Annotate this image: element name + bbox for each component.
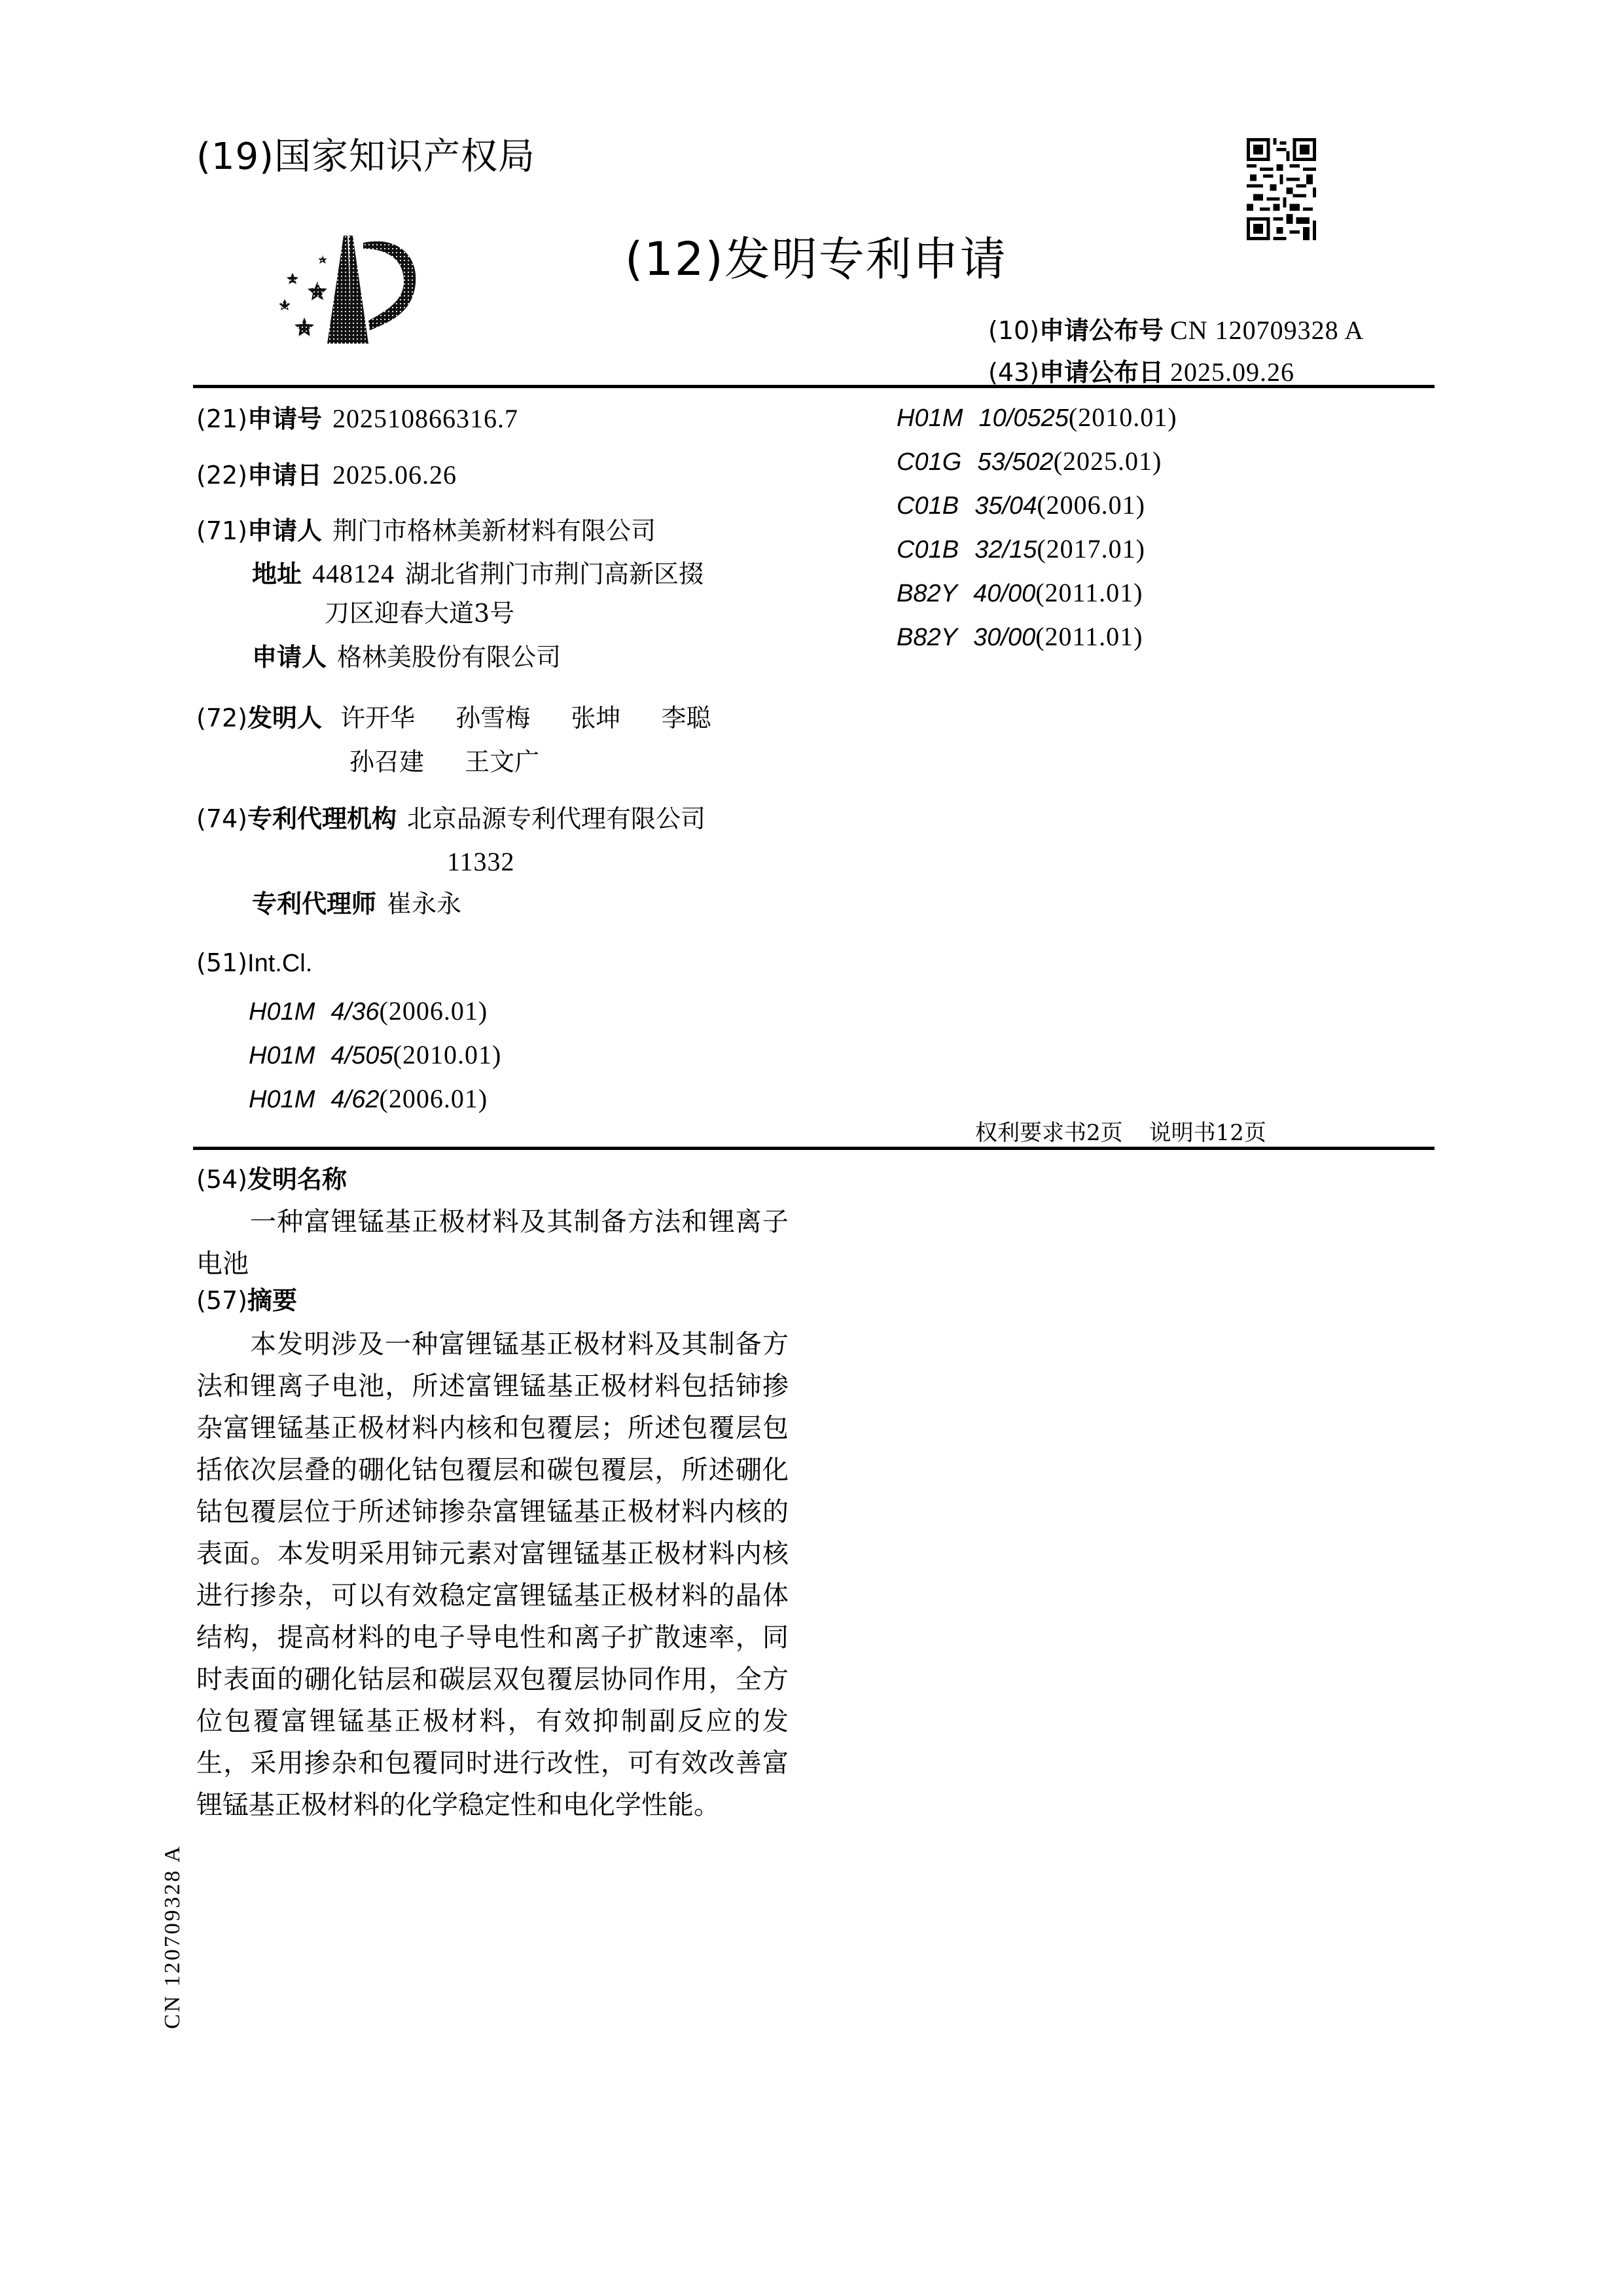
field-label: 地址 — [252, 560, 302, 588]
publication-number-row: (10)申请公布号CN 120709328 A — [988, 310, 1364, 346]
field-address: 地址448124湖北省荆门市荆门高新区掇 — [252, 561, 704, 587]
ipc-code: C01G — [897, 448, 961, 476]
field-label: 申请日 — [247, 461, 322, 490]
ipc-version: (2011.01) — [1035, 578, 1143, 607]
field-int-cl: (51)Int.Cl. — [196, 950, 312, 976]
field-label: 专利代理师 — [252, 889, 376, 918]
publication-number-code: (10) — [988, 316, 1039, 345]
inventor-name: 孙雪梅 — [455, 704, 530, 732]
inventor-name: 张坤 — [571, 704, 620, 732]
ipc-version: (2017.01) — [1037, 534, 1145, 564]
inventor-name: 孙召建 — [349, 747, 424, 776]
field-label: Int.Cl. — [247, 950, 312, 977]
address-line-1: 湖北省荆门市荆门高新区掇 — [405, 560, 704, 588]
field-application-number: (21)申请号202510866316.7 — [196, 406, 518, 432]
field-inventors: (72)发明人 许开华 孙雪梅 张坤 李聪 — [196, 706, 711, 730]
doc-type-code: (12) — [625, 232, 724, 286]
ipc-code: H01M — [897, 404, 963, 432]
publication-date-row: (43)申请公布日2025.09.26 — [988, 352, 1294, 388]
cnipa-logo-icon — [265, 219, 429, 344]
field-applicant-1: (71)申请人荆门市格林美新材料有限公司 — [196, 518, 656, 543]
ipc-code: H01M — [249, 1042, 315, 1069]
field-code: (22) — [196, 461, 247, 490]
field-value: 2025.06.26 — [332, 460, 457, 490]
inventor-name: 李聪 — [661, 704, 711, 732]
invention-title: 一种富锂锰基正极材料及其制备方法和锂离子电池 — [196, 1201, 789, 1285]
ipc-group: 53/502 — [977, 448, 1053, 476]
ipc-group: 30/00 — [973, 624, 1035, 651]
classification-entry: H01M 10/0525(2010.01) — [897, 396, 1177, 440]
page-counts: 权利要求书2页说明书12页 — [975, 1115, 1266, 1147]
classification-entry: C01B 32/15(2017.01) — [897, 528, 1177, 571]
title-label: 发明名称 — [247, 1165, 347, 1194]
ipc-version: (2011.01) — [1035, 622, 1143, 651]
field-applicant-2: 申请人格林美股份有限公司 — [252, 645, 561, 670]
abstract-text: 本发明涉及一种富锂锰基正极材料及其制备方法和锂离子电池，所述富锂锰基正极材料包括… — [196, 1323, 789, 1826]
field-value: 格林美股份有限公司 — [337, 643, 561, 672]
field-value: 崔永永 — [387, 889, 461, 918]
field-value: 202510866316.7 — [332, 404, 518, 433]
classification-entry: B82Y 40/00(2011.01) — [897, 571, 1177, 615]
field-filing-date: (22)申请日2025.06.26 — [196, 462, 457, 488]
doc-type: 发明专利申请 — [724, 232, 1007, 286]
ipc-group: 10/0525 — [979, 404, 1069, 432]
field-value: 北京品源专利代理有限公司 — [407, 804, 705, 833]
field-code: (71) — [196, 516, 247, 545]
publication-number-label: 申请公布号 — [1039, 316, 1164, 345]
classification-left: H01M 4/36(2006.01) H01M 4/505(2010.01) H… — [249, 990, 501, 1121]
ipc-code: H01M — [249, 1086, 315, 1113]
field-label: 申请号 — [247, 404, 322, 433]
description-page-count: 说明书12页 — [1149, 1120, 1266, 1146]
inventor-name: 王文广 — [465, 747, 539, 776]
ipc-group: 32/15 — [974, 536, 1037, 564]
field-agency: (74)专利代理机构北京品源专利代理有限公司 — [196, 806, 705, 831]
classification-entry: H01M 4/62(2006.01) — [249, 1077, 501, 1121]
ipc-version: (2010.01) — [1069, 403, 1177, 432]
abstract-heading: (57)摘要 — [196, 1288, 297, 1313]
ipc-group: 40/00 — [973, 580, 1035, 607]
inventor-name: 许开华 — [340, 704, 415, 732]
ipc-version: (2006.01) — [380, 996, 488, 1026]
office-heading: (19)国家知识产权局 — [196, 128, 535, 180]
classification-entry: C01G 53/502(2025.01) — [897, 440, 1177, 484]
field-inventors-line-2: 孙召建 王文广 — [349, 749, 539, 774]
ipc-group: 4/62 — [331, 1086, 380, 1113]
ipc-code: C01B — [897, 492, 959, 520]
field-code: (51) — [196, 948, 247, 977]
abstract-label: 摘要 — [247, 1286, 297, 1315]
ipc-code: H01M — [249, 998, 315, 1026]
ipc-version: (2025.01) — [1054, 446, 1162, 476]
address-line-2: 刀区迎春大道3号 — [325, 599, 514, 628]
field-label: 发明人 — [247, 704, 322, 732]
ipc-group: 4/505 — [331, 1042, 393, 1069]
field-value: 荆门市格林美新材料有限公司 — [332, 516, 656, 545]
side-publication-number: CN 120709328 A — [160, 1844, 185, 2029]
field-label: 申请人 — [252, 643, 327, 672]
ipc-group: 4/36 — [331, 998, 380, 1026]
classification-entry: H01M 4/36(2006.01) — [249, 990, 501, 1033]
office-name: 国家知识产权局 — [274, 135, 535, 178]
title-code: (54) — [196, 1165, 247, 1194]
agency-number: 11332 — [447, 847, 515, 876]
ipc-code: B82Y — [897, 580, 957, 607]
field-label: 专利代理机构 — [247, 804, 397, 833]
publication-date-label: 申请公布日 — [1039, 358, 1164, 387]
ipc-code: C01B — [897, 536, 959, 564]
title-heading: (54)发明名称 — [196, 1167, 347, 1192]
ipc-version: (2010.01) — [393, 1040, 502, 1069]
field-code: (72) — [196, 704, 247, 732]
field-code: (74) — [196, 804, 247, 833]
middle-divider — [193, 1147, 1435, 1150]
classification-entry: H01M 4/505(2010.01) — [249, 1033, 501, 1077]
ipc-group: 35/04 — [974, 492, 1037, 520]
publication-date-code: (43) — [988, 358, 1039, 387]
ipc-version: (2006.01) — [1037, 490, 1145, 520]
publication-number-value: CN 120709328 A — [1170, 315, 1364, 345]
address-postcode: 448124 — [312, 559, 395, 588]
classification-entry: C01B 35/04(2006.01) — [897, 484, 1177, 528]
top-divider — [193, 385, 1435, 388]
classification-right: H01M 10/0525(2010.01) C01G 53/502(2025.0… — [897, 396, 1177, 659]
office-code: (19) — [196, 135, 274, 178]
ipc-code: B82Y — [897, 624, 957, 651]
field-code: (21) — [196, 404, 247, 433]
claims-page-count: 权利要求书2页 — [975, 1120, 1123, 1146]
qr-code-icon — [1247, 137, 1316, 241]
document-type-heading: (12)发明专利申请 — [625, 223, 1007, 289]
field-agency-number: 11332 — [447, 849, 515, 875]
classification-entry: B82Y 30/00(2011.01) — [897, 615, 1177, 659]
field-agent: 专利代理师崔永永 — [252, 891, 461, 916]
publication-date-value: 2025.09.26 — [1170, 357, 1294, 387]
field-address-line-2: 刀区迎春大道3号 — [325, 601, 514, 626]
field-label: 申请人 — [247, 516, 322, 545]
abstract-code: (57) — [196, 1286, 247, 1315]
ipc-version: (2006.01) — [380, 1084, 488, 1113]
